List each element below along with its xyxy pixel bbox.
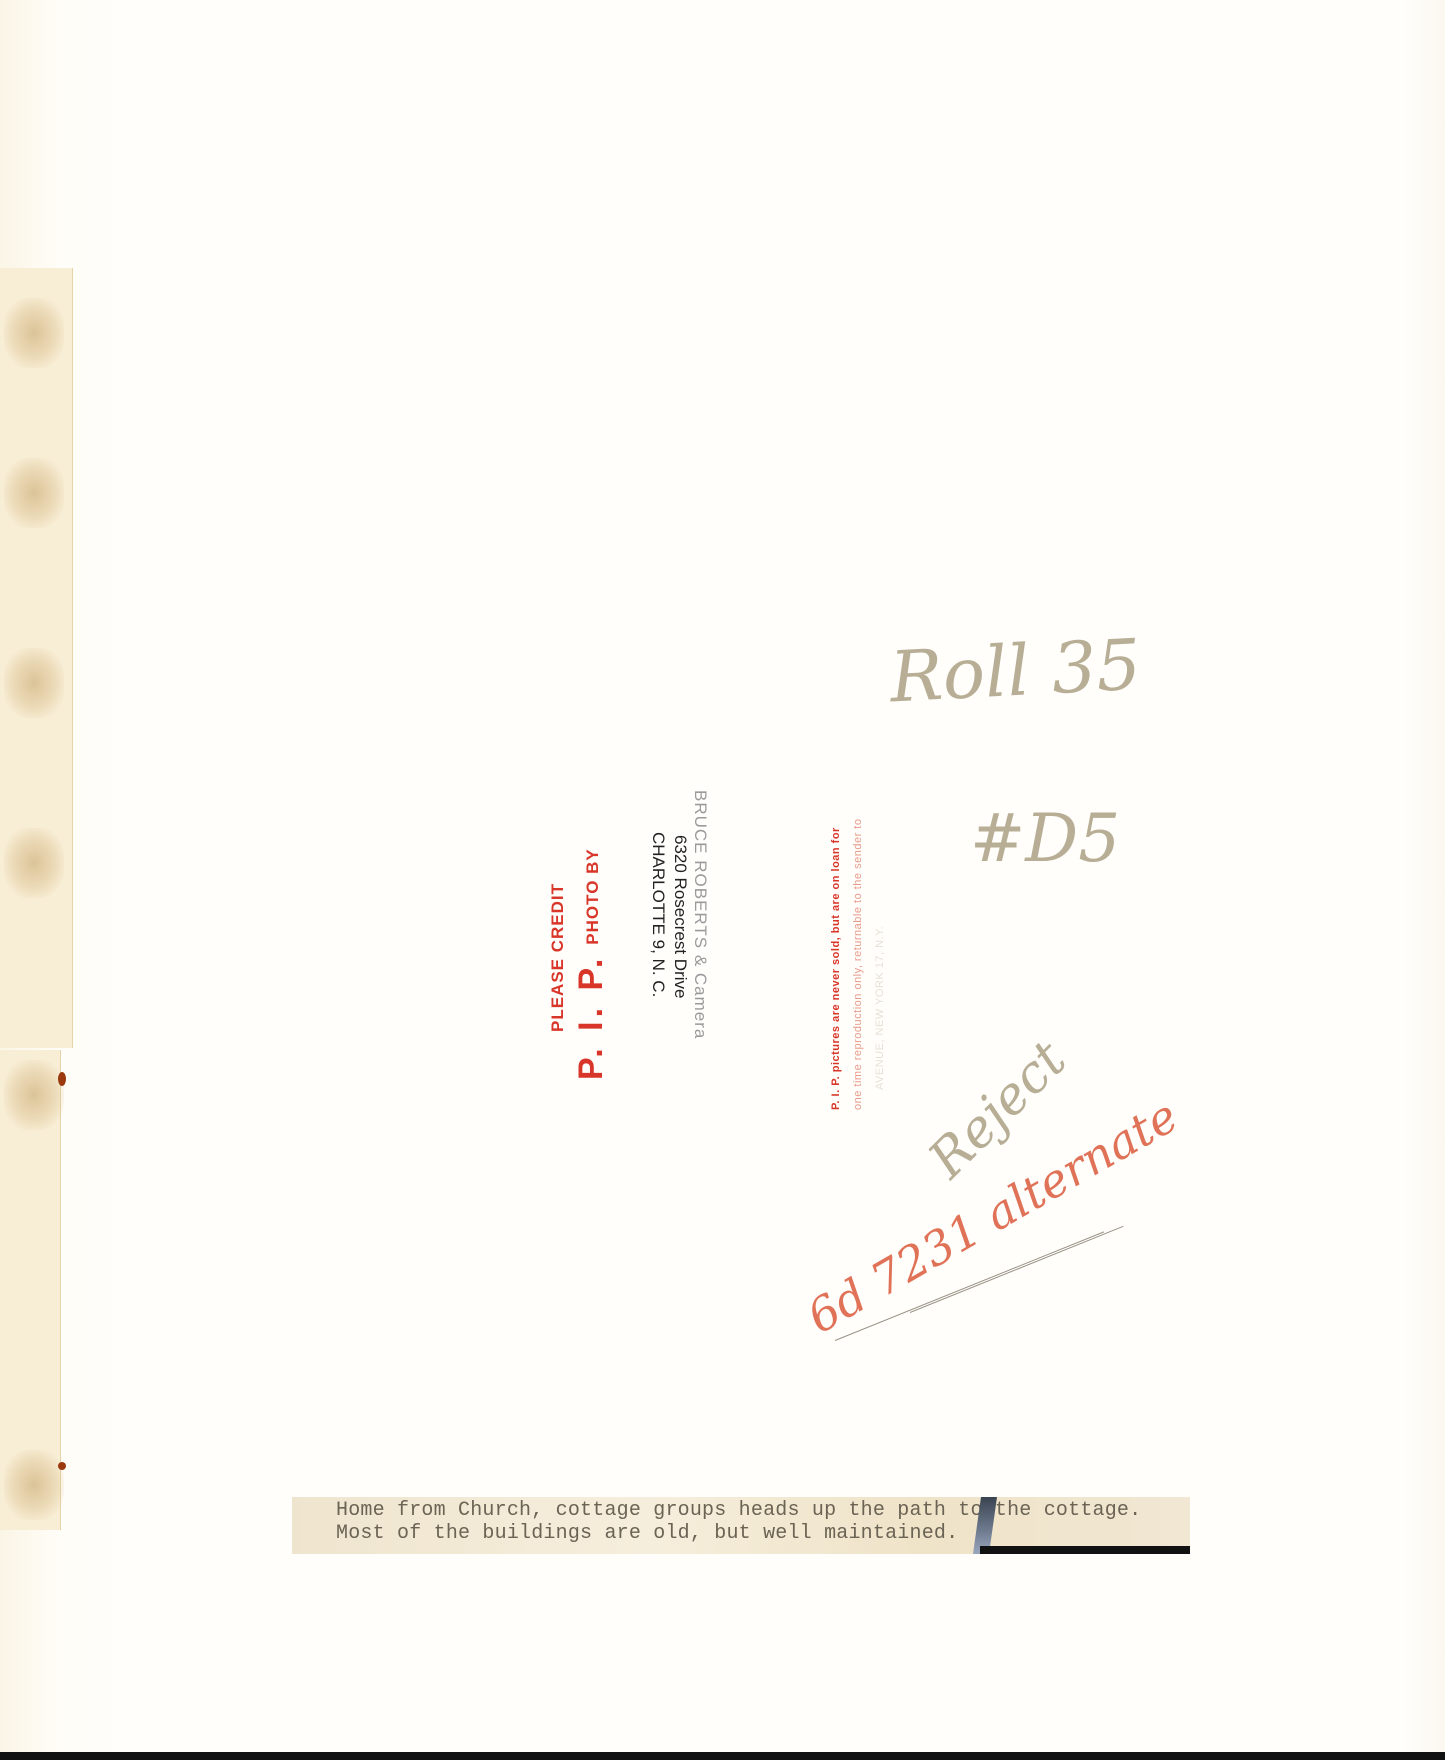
document-page: PLEASE CREDIT P. I. P.PHOTO BY BRUCE ROB… — [0, 0, 1445, 1760]
stain — [4, 298, 64, 368]
scan-edge — [980, 1546, 1190, 1554]
photographer-name: BRUCE ROBERTS & Camera — [690, 790, 710, 1039]
tape-strip-lower — [0, 1050, 61, 1530]
stain — [4, 1060, 64, 1130]
pip-label: P. I. P. — [572, 955, 610, 1080]
caption-line-2: Most of the buildings are old, but well … — [336, 1522, 958, 1545]
handwritten-roll: Roll 35 — [888, 623, 1143, 718]
photographer-city: CHARLOTTE 9, N. C. — [648, 832, 668, 997]
scan-bottom-edge — [0, 1752, 1445, 1760]
loan-notice-line1: P. I. P. pictures are never sold, but ar… — [830, 827, 842, 1110]
tape-strip-upper — [0, 268, 73, 1048]
caption-strip: Home from Church, cottage groups heads u… — [292, 1497, 1190, 1554]
rust-spot — [58, 1462, 66, 1470]
stain — [4, 458, 64, 528]
caption-line-1: Home from Church, cottage groups heads u… — [336, 1499, 1141, 1522]
rust-spot — [58, 1072, 66, 1086]
stain — [4, 1450, 64, 1520]
handwritten-number: #D5 — [970, 800, 1120, 877]
photo-by-label: PHOTO BY — [583, 848, 602, 944]
loan-notice-line2: one time reproduction only, returnable t… — [852, 819, 864, 1110]
credit-stamp-line2: P. I. P.PHOTO BY — [572, 848, 611, 1080]
stain — [4, 828, 64, 898]
loan-notice-line3: AVENUE, NEW YORK 17, N.Y. — [874, 926, 886, 1090]
stain — [4, 648, 64, 718]
photographer-street: 6320 Rosecrest Drive — [670, 835, 690, 998]
credit-stamp-line1: PLEASE CREDIT — [548, 883, 568, 1032]
